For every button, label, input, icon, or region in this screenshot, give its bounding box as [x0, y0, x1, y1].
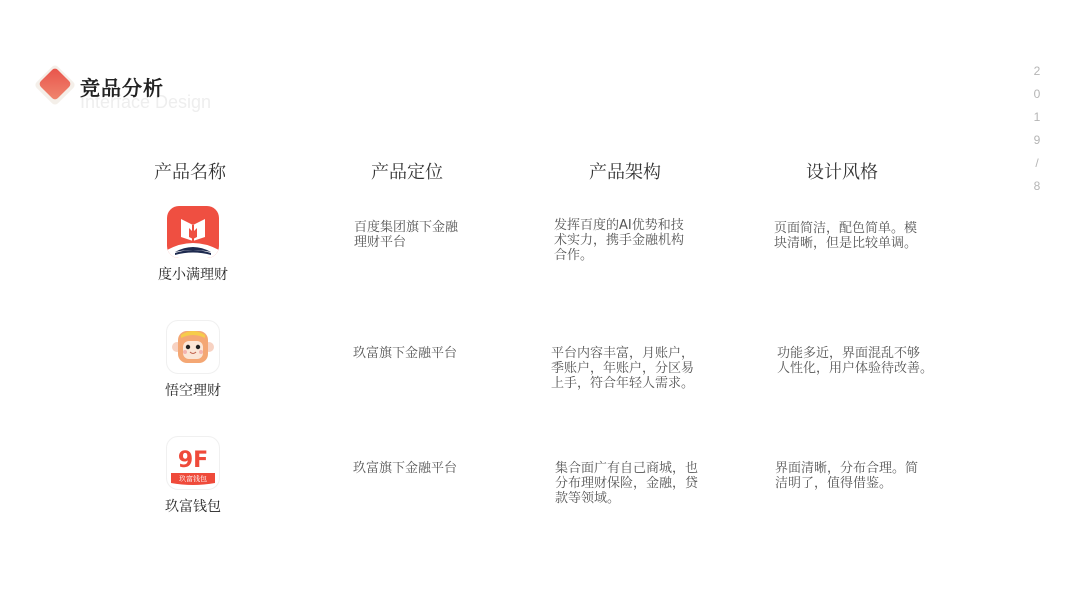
date-char: 8: [1034, 175, 1041, 198]
product-jiufu: 9F 玖富钱包 玖富钱包: [138, 436, 248, 516]
date-char: 9: [1034, 129, 1041, 152]
du-xiaoman-book-icon: [167, 206, 219, 258]
diamond-logo-icon: [38, 67, 72, 101]
product-wukong: 悟空理财: [138, 320, 248, 400]
column-header-positioning: 产品定位: [327, 158, 487, 184]
cell-positioning: 玖富旗下金融平台: [353, 461, 513, 476]
cell-design-style: 功能多近，界面混乱不够 人性化，用户体验待改善。: [777, 346, 937, 376]
cell-design-style: 界面清晰，分布合理。简 洁明了，值得借鉴。: [775, 461, 935, 491]
product-duxiaoman: 度小满理财: [138, 206, 248, 284]
column-header-name: 产品名称: [110, 158, 270, 184]
cell-positioning: 百度集团旗下金融 理财平台: [354, 220, 514, 250]
product-name: 度小满理财: [158, 264, 228, 284]
date-char: 1: [1034, 106, 1041, 129]
cell-positioning: 玖富旗下金融平台: [353, 346, 513, 361]
column-header-design-style: 设计风格: [762, 158, 922, 184]
icon-badge-text: 玖富钱包: [167, 474, 219, 484]
cell-design-style: 页面简洁，配色简单。模 块清晰，但是比较单调。: [774, 221, 934, 251]
date-vertical: 2 0 1 9 / 8: [1030, 60, 1044, 198]
cell-architecture: 集合面广有自己商城，也 分布理财保险，金融，贷 款等领域。: [555, 461, 715, 506]
product-name: 悟空理财: [165, 380, 221, 400]
jiufu-9f-icon: 9F 玖富钱包: [166, 436, 220, 490]
svg-text:9F: 9F: [178, 448, 208, 473]
page-title: 竞品分析: [80, 72, 164, 101]
date-char: /: [1035, 152, 1038, 175]
column-header-architecture: 产品架构: [545, 158, 705, 184]
product-name: 玖富钱包: [165, 496, 221, 516]
date-char: 0: [1034, 83, 1041, 106]
cell-architecture: 发挥百度的AI优势和技 术实力，携手金融机构 合作。: [554, 218, 714, 263]
date-char: 2: [1034, 60, 1041, 83]
cell-architecture: 平台内容丰富，月账户， 季账户，年账户，分区易 上手，符合年轻人需求。: [551, 346, 711, 391]
wukong-monkey-icon: [166, 320, 220, 374]
